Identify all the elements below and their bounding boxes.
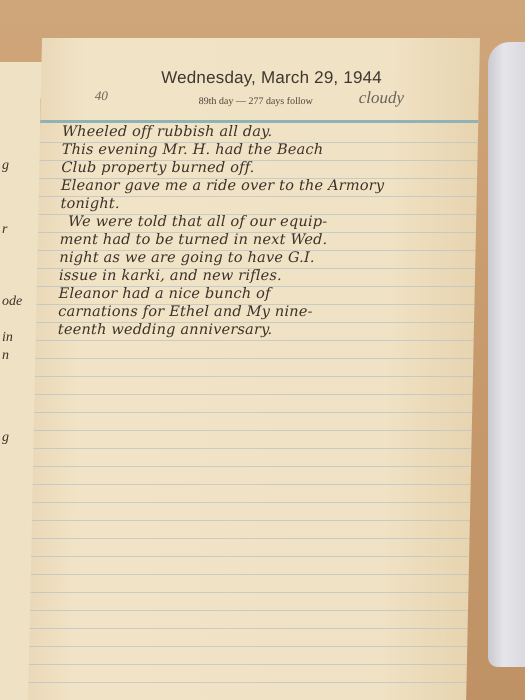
entry-line: ment had to be turned in next Wed.: [60, 232, 328, 248]
entry-line: Eleanor gave me a ride over to the Armor…: [61, 178, 385, 194]
left-page-fragment: r: [2, 222, 7, 238]
header-rule: [40, 120, 478, 123]
entry-line: Eleanor had a nice bunch of: [58, 286, 270, 302]
left-page-fragment: g: [2, 158, 9, 174]
diary-page: 40 Wednesday, March 29, 1944 89th day — …: [28, 38, 480, 700]
weather-note: cloudy: [359, 88, 405, 108]
day-count: 89th day — 277 days follow: [199, 96, 313, 107]
entry-line: carnations for Ethel and My nine-: [58, 304, 313, 320]
left-page-fragment: n: [2, 348, 9, 364]
entry-line: This evening Mr. H. had the Beach: [61, 142, 323, 158]
tablet-device-edge: [488, 42, 525, 667]
left-page-fragment: in: [2, 330, 13, 346]
date-heading: Wednesday, March 29, 1944: [161, 68, 382, 88]
entry-line: Club property burned off.: [61, 160, 255, 176]
entry-line: issue in karki, and new rifles.: [59, 268, 282, 284]
page-number: 40: [95, 88, 108, 104]
entry-line: teenth wedding anniversary.: [58, 322, 273, 338]
left-page-fragment: g: [2, 430, 9, 446]
entry-line: Wheeled off rubbish all day.: [62, 124, 273, 140]
entry-line: We were told that all of our equip-: [68, 214, 328, 230]
entry-line: night as we are going to have G.I.: [59, 250, 315, 266]
left-page-fragment: ode: [2, 294, 22, 310]
entry-line: tonight.: [60, 196, 120, 212]
